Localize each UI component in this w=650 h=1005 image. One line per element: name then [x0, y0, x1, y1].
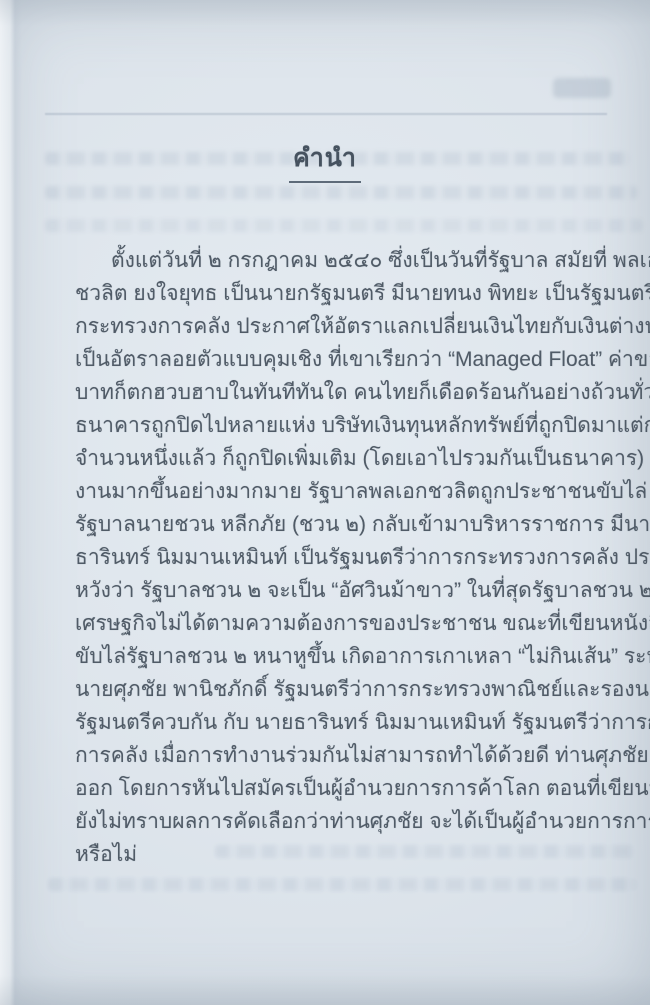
ghost-text-line	[45, 219, 643, 232]
paragraph-line: จำนวนหนึ่งแล้ว ก็ถูกปิดเพิ่มเติม (โดยเอา…	[75, 442, 625, 475]
page-title-wrap: คำนำ	[0, 138, 650, 183]
book-page: คำนำ ตั้งแต่วันที่ ๒ กรกฎาคม ๒๕๔๐ ซึ่งเป…	[0, 0, 650, 1005]
paragraph-line: การคลัง เมื่อการทำงานร่วมกันไม่สามารถทำไ…	[75, 739, 625, 772]
paragraph-line: ธนาคารถูกปิดไปหลายแห่ง บริษัทเงินทุนหลัก…	[75, 409, 625, 442]
paragraph-line: รัฐบาลนายชวน หลีกภัย (ชวน ๒) กลับเข้ามาบ…	[75, 508, 625, 541]
paragraph-line: กระทรวงการคลัง ประกาศให้อัตราแลกเปลี่ยนเ…	[75, 310, 625, 343]
paragraph-line: ธารินทร์ นิมมานเหมินท์ เป็นรัฐมนตรีว่ากา…	[75, 541, 625, 574]
paragraph-line: ยังไม่ทราบผลการคัดเลือกว่าท่านศุภชัย จะไ…	[75, 805, 625, 838]
paragraph-line: งานมากขึ้นอย่างมากมาย รัฐบาลพลเอกชวลิตถู…	[75, 475, 625, 508]
paragraph-line: หวังว่า รัฐบาลชวน ๒ จะเป็น “อัศวินม้าขาว…	[75, 574, 625, 607]
page-edge-bottom	[0, 975, 650, 1005]
paragraph-line: ชวลิต ยงใจยุทธ เป็นนายกรัฐมนตรี มีนายทนง…	[75, 277, 625, 310]
paragraph-line: เป็นอัตราลอยตัวแบบคุมเชิง ที่เขาเรียกว่า…	[75, 343, 625, 376]
paragraph-line: หรือไม่	[75, 838, 625, 871]
paragraph-line: บาทก็ตกฮวบฮาบในทันทีทันใด คนไทยก็เดือดร้…	[75, 376, 625, 409]
paragraph-line: ตั้งแต่วันที่ ๒ กรกฎาคม ๒๕๔๐ ซึ่งเป็นวัน…	[75, 244, 625, 277]
page-edge-top	[0, 0, 650, 26]
paragraph-line: ออก โดยการหันไปสมัครเป็นผู้อำนวยการการค้…	[75, 772, 625, 805]
paragraph-line: เศรษฐกิจไม่ได้ตามความต้องการของประชาชน ข…	[75, 607, 625, 640]
ghost-text-line	[45, 186, 637, 199]
ghost-header-rule	[45, 113, 607, 115]
paragraph-line: นายศุภชัย พานิชภักดิ์ รัฐมนตรีว่าการกระท…	[75, 673, 625, 706]
page-title: คำนำ	[289, 138, 361, 183]
preface-paragraph: ตั้งแต่วันที่ ๒ กรกฎาคม ๒๕๔๐ ซึ่งเป็นวัน…	[75, 244, 625, 871]
paragraph-line: รัฐมนตรีควบกัน กับ นายธารินทร์ นิมมานเหม…	[75, 706, 625, 739]
ghost-text-line	[48, 878, 636, 891]
ghost-header-word	[553, 78, 611, 98]
paragraph-line: ขับไล่รัฐบาลชวน ๒ หนาหูขึ้น เกิดอาการเกา…	[75, 640, 625, 673]
